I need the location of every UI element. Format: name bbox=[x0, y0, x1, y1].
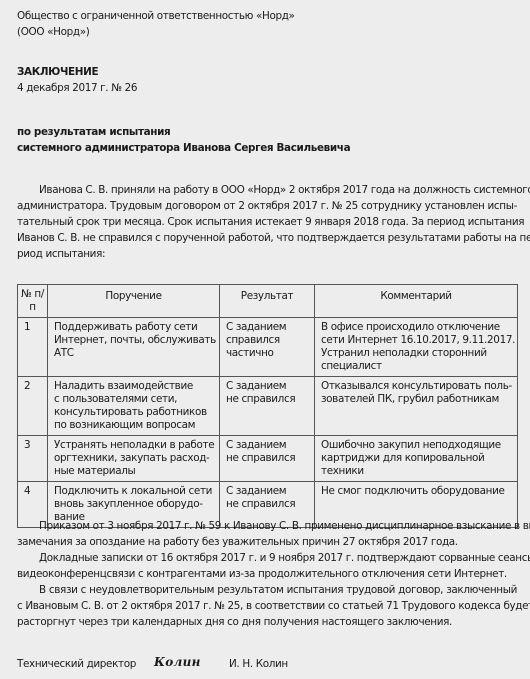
cell-task: Устранять неполадки в работеоргтехники, … bbox=[48, 436, 220, 482]
cell-comment: Ошибочно закупил неподходящиекартриджи д… bbox=[315, 436, 518, 482]
cell-number: 3 bbox=[18, 436, 48, 482]
column-header-number: № п/п bbox=[18, 285, 48, 318]
signature-position: Технический директор bbox=[17, 656, 136, 672]
conclusion-line: замечания за опоздание на работу без ува… bbox=[17, 534, 517, 550]
conclusion-line: с Ивановым С. В. от 2 октября 2017 г. № … bbox=[17, 598, 517, 614]
intro-paragraph: Иванова С. В. приняли на работу в ООО «Н… bbox=[17, 182, 517, 262]
table-header-row: № п/п Поручение Результат Комментарий bbox=[18, 285, 518, 318]
table-row: 2Наладить взаимодействиес пользователями… bbox=[18, 377, 518, 436]
table-row: 3Устранять неполадки в работеоргтехники,… bbox=[18, 436, 518, 482]
cell-result: С заданиемне справился bbox=[220, 377, 315, 436]
handwritten-signature: Колин bbox=[154, 655, 201, 669]
cell-result: С заданиемсправилсячастично bbox=[220, 318, 315, 377]
conclusion-line: В связи с неудовлетворительным результат… bbox=[17, 582, 517, 598]
signature-name: И. Н. Колин bbox=[229, 656, 288, 672]
cell-comment: Отказывался консультировать поль-зовател… bbox=[315, 377, 518, 436]
cell-task: Наладить взаимодействиес пользователями … bbox=[48, 377, 220, 436]
conclusion-line: расторгнут через три календарных дня со … bbox=[17, 614, 517, 630]
conclusion-paragraph: Приказом от 3 ноября 2017 г. № 59 к Иван… bbox=[17, 518, 517, 630]
cell-comment: В офисе происходило отключениесети Интер… bbox=[315, 318, 518, 377]
table-row: 1Поддерживать работу сетиИнтернет, почты… bbox=[18, 318, 518, 377]
intro-line: тательный срок три месяца. Срок испытани… bbox=[17, 214, 517, 230]
column-header-task: Поручение bbox=[48, 285, 220, 318]
cell-task: Поддерживать работу сетиИнтернет, почты,… bbox=[48, 318, 220, 377]
intro-line: Иванов С. В. не справился с порученной р… bbox=[17, 230, 517, 246]
document-title: ЗАКЛЮЧЕНИЕ bbox=[17, 64, 98, 80]
cell-number: 2 bbox=[18, 377, 48, 436]
probation-results-table: № п/п Поручение Результат Комментарий 1П… bbox=[17, 284, 518, 528]
column-header-result: Результат bbox=[220, 285, 315, 318]
intro-line: Иванова С. В. приняли на работу в ООО «Н… bbox=[17, 182, 517, 198]
document-subject-line2: системного администратора Иванова Сергея… bbox=[17, 140, 350, 156]
organization-short-name: (ООО «Норд») bbox=[17, 24, 89, 40]
intro-line: риод испытания: bbox=[17, 246, 517, 262]
column-header-comment: Комментарий bbox=[315, 285, 518, 318]
document-subject-line1: по результатам испытания bbox=[17, 124, 170, 140]
conclusion-line: Приказом от 3 ноября 2017 г. № 59 к Иван… bbox=[17, 518, 517, 534]
cell-number: 1 bbox=[18, 318, 48, 377]
intro-line: администратора. Трудовым договором от 2 … bbox=[17, 198, 517, 214]
organization-name: Общество с ограниченной ответственностью… bbox=[17, 8, 295, 24]
document-date-number: 4 декабря 2017 г. № 26 bbox=[17, 80, 137, 96]
conclusion-line: Докладные записки от 16 октября 2017 г. … bbox=[17, 550, 517, 566]
cell-result: С заданиемне справился bbox=[220, 436, 315, 482]
conclusion-line: видеоконференцсвязи с контрагентами из-з… bbox=[17, 566, 517, 582]
